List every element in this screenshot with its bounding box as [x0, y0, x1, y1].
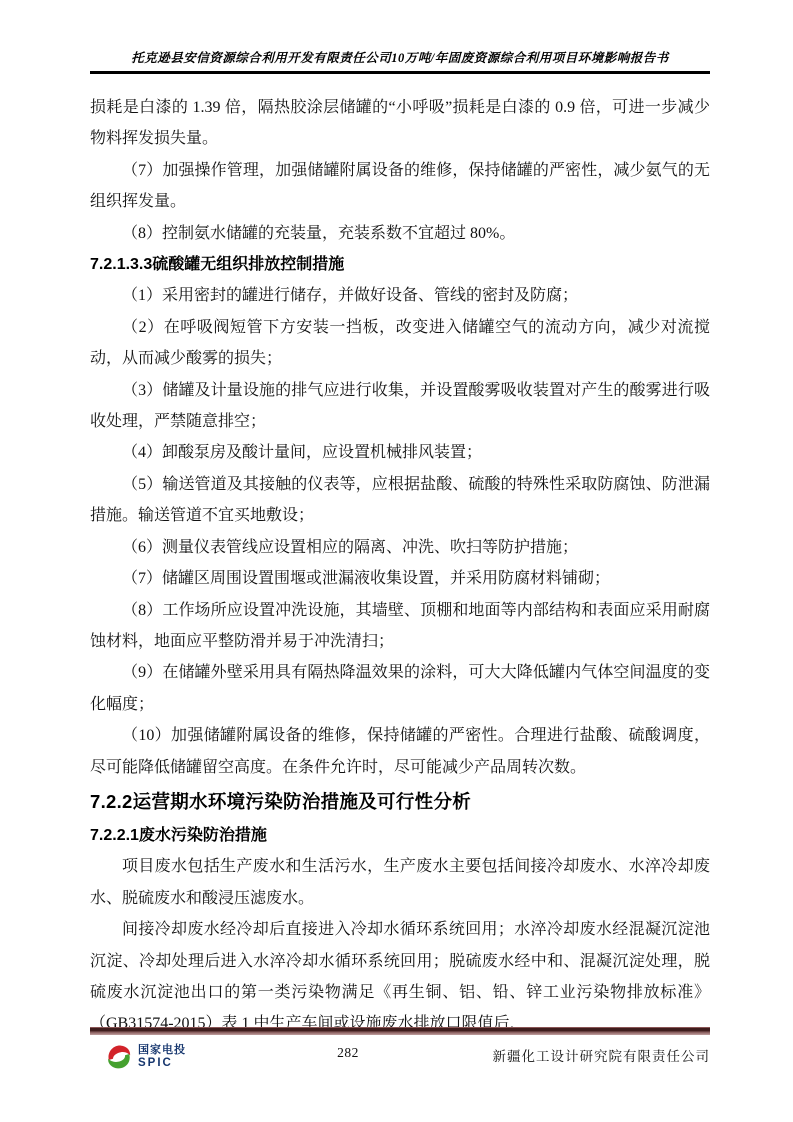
page-footer: 国家电投 SPIC 282 新疆化工设计研究院有限责任公司: [90, 1027, 710, 1076]
logo-brand-en: SPIC: [138, 1058, 186, 1070]
paragraph: （1）采用密封的罐进行储存，并做好设备、管线的密封及防腐；: [90, 280, 710, 311]
paragraph: （6）测量仪表管线应设置相应的隔离、冲洗、吹扫等防护措施；: [90, 532, 710, 563]
page-header: 托克逊县安信资源综合利用开发有限责任公司10万吨/年固废资源综合利用项目环境影响…: [90, 48, 710, 74]
section-heading: 7.2.2运营期水环境污染防治措施及可行性分析: [90, 784, 710, 819]
spic-logo-text: 国家电投 SPIC: [138, 1045, 186, 1070]
paragraph: 损耗是白漆的 1.39 倍，隔热胶涂层储罐的“小呼吸”损耗是白漆的 0.9 倍，…: [90, 92, 710, 155]
paragraph: （10）加强储罐附属设备的维修，保持储罐的严密性。合理进行盐酸、硫酸调度，尽可能…: [90, 720, 710, 783]
paragraph: （2）在呼吸阀短管下方安装一挡板，改变进入储罐空气的流动方向，减少对流搅动，从而…: [90, 312, 710, 375]
header-divider: [90, 71, 710, 74]
section-heading: 7.2.1.3.3硫酸罐无组织排放控制措施: [90, 249, 710, 280]
header-title: 托克逊县安信资源综合利用开发有限责任公司10万吨/年固废资源综合利用项目环境影响…: [90, 48, 710, 66]
spic-logo: 国家电投 SPIC: [104, 1042, 186, 1072]
logo-brand-cn: 国家电投: [138, 1045, 186, 1056]
spic-logo-icon: [104, 1042, 134, 1072]
document-body: 损耗是白漆的 1.39 倍，隔热胶涂层储罐的“小呼吸”损耗是白漆的 0.9 倍，…: [90, 92, 710, 1040]
paragraph: （4）卸酸泵房及酸计量间，应设置机械排风装置；: [90, 437, 710, 468]
paragraph: （8）控制氨水储罐的充装量，充装系数不宜超过 80%。: [90, 218, 710, 249]
paragraph: （9）在储罐外壁采用具有隔热降温效果的涂料，可大大降低罐内气体空间温度的变化幅度…: [90, 657, 710, 720]
footer-company: 新疆化工设计研究院有限责任公司: [493, 1045, 711, 1065]
page-number: 282: [318, 1045, 378, 1061]
paragraph: （7）储罐区周围设置围堰或泄漏液收集设置，并采用防腐材料铺砌；: [90, 563, 710, 594]
paragraph: （8）工作场所应设置冲洗设施，其墙壁、顶棚和地面等内部结构和表面应采用耐腐蚀材料…: [90, 595, 710, 658]
footer-row: 国家电投 SPIC 282 新疆化工设计研究院有限责任公司: [90, 1042, 710, 1076]
paragraph: 间接冷却废水经冷却后直接进入冷却水循环系统回用；水淬冷却废水经混凝沉淀池沉淀、冷…: [90, 914, 710, 1040]
paragraph: 项目废水包括生产废水和生活污水，生产废水主要包括间接冷却废水、水淬冷却废水、脱硫…: [90, 851, 710, 914]
paragraph: （7）加强操作管理，加强储罐附属设备的维修，保持储罐的严密性，减少氨气的无组织挥…: [90, 155, 710, 218]
document-page: 托克逊县安信资源综合利用开发有限责任公司10万吨/年固废资源综合利用项目环境影响…: [0, 0, 793, 1122]
section-heading: 7.2.2.1废水污染防治措施: [90, 820, 710, 851]
paragraph: （5）输送管道及其接触的仪表等，应根据盐酸、硫酸的特殊性采取防腐蚀、防泄漏措施。…: [90, 469, 710, 532]
paragraph: （3）储罐及计量设施的排气应进行收集，并设置酸雾吸收装置对产生的酸雾进行吸收处理…: [90, 375, 710, 438]
footer-divider: [90, 1027, 710, 1035]
